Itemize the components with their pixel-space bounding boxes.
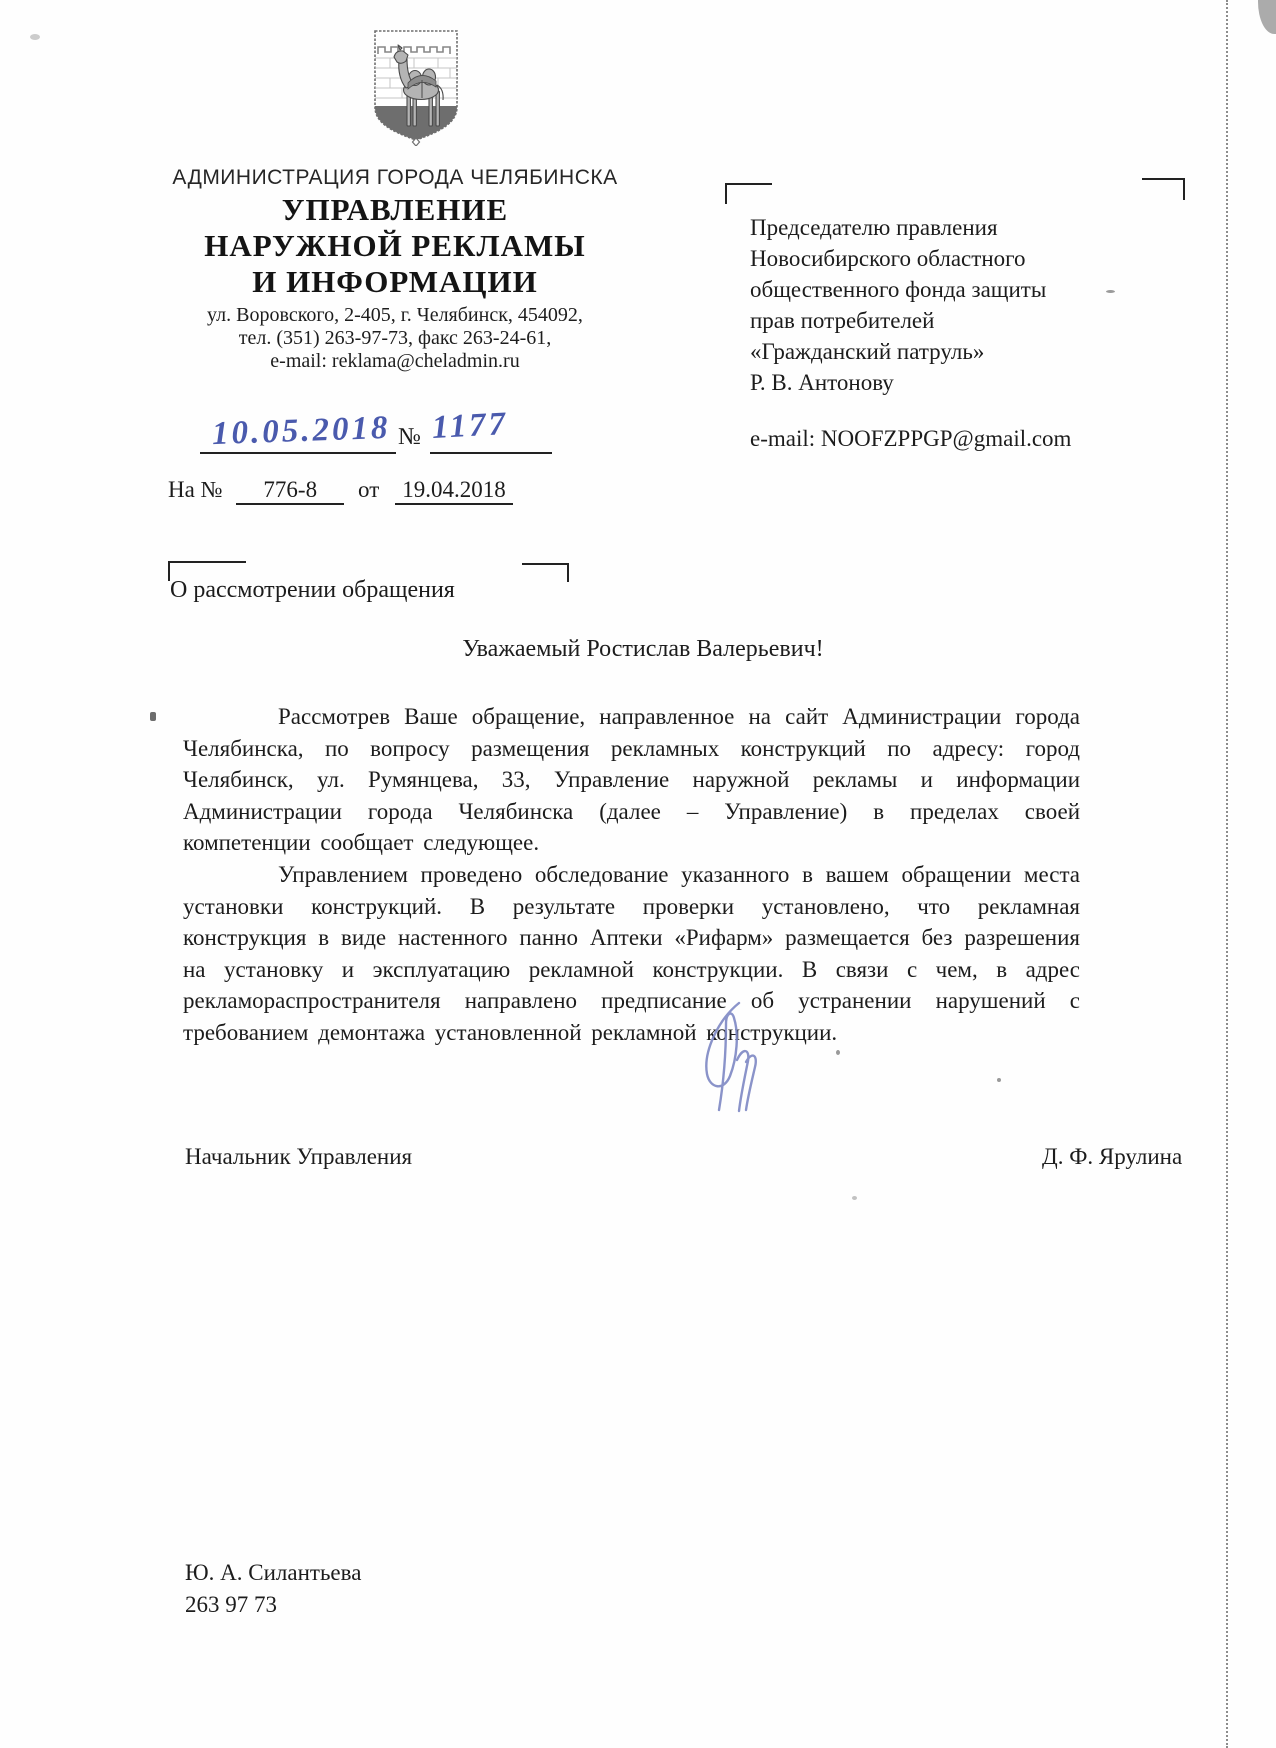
body-paragraph-1: Рассмотрев Ваше обращение, направленное … bbox=[183, 701, 1080, 859]
number-sign: № bbox=[398, 424, 421, 451]
handwritten-date: 10.05.2018 bbox=[211, 410, 391, 453]
org-name-line-3: И ИНФОРМАЦИИ bbox=[130, 264, 660, 300]
org-name-line-1: УПРАВЛЕНИЕ bbox=[130, 192, 660, 228]
body-paragraph-2: Управлением проведено обследование указа… bbox=[183, 859, 1080, 1049]
executor-name: Ю. А. Силантьева bbox=[185, 1560, 361, 1586]
scan-speck bbox=[150, 712, 156, 721]
reply-label: На № bbox=[168, 477, 223, 502]
recipient-line: Новосибирского областного bbox=[750, 243, 1170, 274]
date-underline bbox=[200, 452, 396, 454]
recipient-email: e-mail: NOOFZPPGP@gmail.com bbox=[750, 426, 1071, 452]
letterhead: АДМИНИСТРАЦИЯ ГОРОДА ЧЕЛЯБИНСКА УПРАВЛЕН… bbox=[130, 166, 660, 373]
salutation: Уважаемый Ростислав Валерьевич! bbox=[183, 636, 1103, 663]
handwritten-number: 1177 bbox=[431, 406, 509, 447]
scanner-edge-shadow bbox=[1258, 0, 1276, 34]
executor-phone: 263 97 73 bbox=[185, 1592, 277, 1618]
corner-mark-subject-right bbox=[522, 563, 569, 582]
recipient-block: Председателю правления Новосибирского об… bbox=[750, 212, 1170, 398]
org-email: e-mail: reklama@cheladmin.ru bbox=[130, 350, 660, 373]
scan-speck bbox=[30, 34, 40, 40]
reply-from-label: от bbox=[358, 477, 379, 502]
scanner-artifact-line bbox=[1226, 0, 1228, 1748]
scan-speck bbox=[836, 1050, 840, 1055]
scan-speck bbox=[1106, 290, 1115, 293]
administration-line: АДМИНИСТРАЦИЯ ГОРОДА ЧЕЛЯБИНСКА bbox=[130, 166, 660, 190]
reply-number: 776-8 bbox=[236, 477, 344, 505]
subject-line: О рассмотрении обращения bbox=[170, 577, 455, 604]
reply-date: 19.04.2018 bbox=[395, 477, 513, 505]
signer-position: Начальник Управления bbox=[185, 1144, 412, 1170]
recipient-line: Р. В. Антонову bbox=[750, 367, 1170, 398]
letter-body: Рассмотрев Ваше обращение, направленное … bbox=[183, 701, 1080, 1049]
recipient-line: прав потребителей bbox=[750, 305, 1170, 336]
org-phone: тел. (351) 263-97-73, факс 263-24-61, bbox=[130, 327, 660, 350]
recipient-line: «Гражданский патруль» bbox=[750, 336, 1170, 367]
org-address: ул. Воровского, 2-405, г. Челябинск, 454… bbox=[130, 304, 660, 327]
handwritten-signature bbox=[693, 998, 771, 1116]
scanned-letter-page: АДМИНИСТРАЦИЯ ГОРОДА ЧЕЛЯБИНСКА УПРАВЛЕН… bbox=[0, 0, 1276, 1748]
scan-speck bbox=[852, 1196, 857, 1200]
number-underline bbox=[430, 452, 552, 454]
scan-speck bbox=[997, 1078, 1001, 1082]
org-name-line-2: НАРУЖНОЙ РЕКЛАМЫ bbox=[130, 228, 660, 264]
reply-reference-line: На № 776-8 от 19.04.2018 bbox=[168, 477, 513, 505]
recipient-line: Председателю правления bbox=[750, 212, 1170, 243]
signer-name: Д. Ф. Ярулина bbox=[1042, 1144, 1182, 1170]
chelyabinsk-coat-of-arms-icon bbox=[370, 28, 462, 146]
corner-mark-recipient-right bbox=[1142, 178, 1185, 200]
corner-mark-recipient-left bbox=[725, 183, 772, 204]
